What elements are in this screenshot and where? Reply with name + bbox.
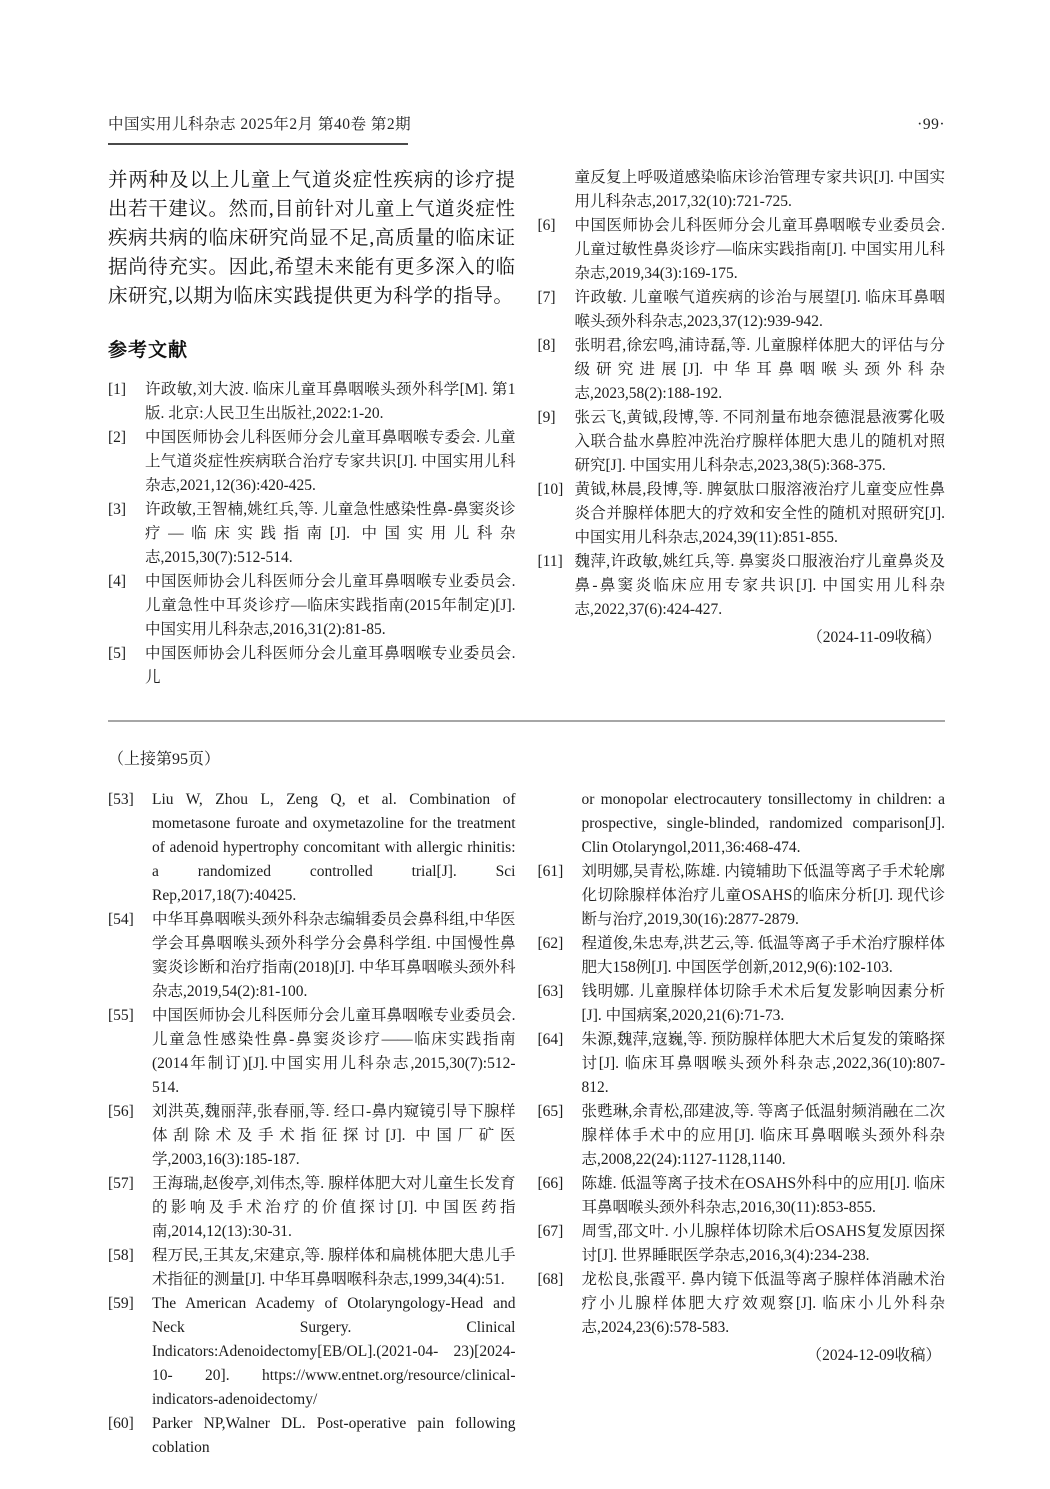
reference-text: 黄钺,林晨,段博,等. 脾氨肽口服溶液治疗儿童变应性鼻炎合并腺样体肥大的疗效和安…	[575, 478, 946, 550]
reference-item: [2]中国医师协会儿科医师分会儿童耳鼻咽喉专委会. 儿童上气道炎症性疾病联合治疗…	[108, 426, 516, 498]
reference-number: [11]	[538, 550, 575, 622]
section-continued-references: [53]Liu W, Zhou L, Zeng Q, et al. Combin…	[108, 788, 945, 1460]
reference-item: [68]龙松良,张霞平. 鼻内镜下低温等离子腺样体消融术治疗小儿腺样体肥大疗效观…	[538, 1268, 946, 1340]
reference-number: [55]	[108, 1004, 152, 1100]
reference-text: 许政敏. 儿童喉气道疾病的诊治与展望[J]. 临床耳鼻咽喉头颈外科杂志,2023…	[575, 286, 946, 334]
reference-list-right: or monopolar electrocautery tonsillectom…	[538, 788, 946, 1340]
reference-text: 中国医师协会儿科医师分会儿童耳鼻咽喉专业委员会. 儿童急性中耳炎诊疗—临床实践指…	[145, 570, 516, 642]
reference-text: 张甦琳,余青松,邵建波,等. 等离子低温射频消融在二次腺样体手术中的应用[J].…	[582, 1100, 946, 1172]
reference-number: [54]	[108, 908, 152, 1004]
reference-number: [60]	[108, 1412, 152, 1460]
reference-text: 刘明娜,吴青松,陈雄. 内镜辅助下低温等离子手术轮廓化切除腺样体治疗儿童OSAH…	[582, 860, 946, 932]
reference-number: [10]	[538, 478, 575, 550]
right-column: or monopolar electrocautery tonsillectom…	[538, 788, 946, 1368]
reference-item: or monopolar electrocautery tonsillectom…	[538, 788, 946, 860]
page-number: ·99·	[917, 116, 945, 134]
reference-text: 周雪,邵文叶. 小儿腺样体切除术后OSAHS复发原因探讨[J]. 世界睡眠医学杂…	[582, 1220, 946, 1268]
reference-item: [4]中国医师协会儿科医师分会儿童耳鼻咽喉专业委员会. 儿童急性中耳炎诊疗—临床…	[108, 570, 516, 642]
reference-item: [54]中华耳鼻咽喉头颈外科杂志编辑委员会鼻科组,中华医学会耳鼻咽喉头颈外科学分…	[108, 908, 516, 1004]
reference-item: [6]中国医师协会儿科医师分会儿童耳鼻咽喉专业委员会. 儿童过敏性鼻炎诊疗—临床…	[538, 214, 946, 286]
page-header: 中国实用儿科杂志 2025年2月 第40卷 第2期 ·99·	[108, 112, 945, 134]
left-column: [53]Liu W, Zhou L, Zeng Q, et al. Combin…	[108, 788, 516, 1460]
reference-item: [57]王海瑞,赵俊亭,刘伟杰,等. 腺样体肥大对儿童生长发育的影响及手术治疗的…	[108, 1172, 516, 1244]
reference-number: [6]	[538, 214, 575, 286]
reference-number: [65]	[538, 1100, 582, 1172]
reference-item: [10]黄钺,林晨,段博,等. 脾氨肽口服溶液治疗儿童变应性鼻炎合并腺样体肥大的…	[538, 478, 946, 550]
reference-text: 中国医师协会儿科医师分会儿童耳鼻咽喉专业委员会. 儿童过敏性鼻炎诊疗—临床实践指…	[575, 214, 946, 286]
reference-item: [62]程道俊,朱忠寿,洪艺云,等. 低温等离子手术治疗腺样体肥大158例[J]…	[538, 932, 946, 980]
left-column: 并两种及以上儿童上气道炎症性疾病的诊疗提出若干建议。然而,目前针对儿童上气道炎症…	[108, 166, 516, 690]
reference-number: [56]	[108, 1100, 152, 1172]
reference-list-left: [1]许政敏,刘大波. 临床儿童耳鼻咽喉头颈外科学[M]. 第1版. 北京:人民…	[108, 378, 516, 690]
reference-item: [53]Liu W, Zhou L, Zeng Q, et al. Combin…	[108, 788, 516, 908]
reference-text: 陈雄. 低温等离子技术在OSAHS外科中的应用[J]. 临床耳鼻咽喉头颈外科杂志…	[582, 1172, 946, 1220]
journal-page: 中国实用儿科杂志 2025年2月 第40卷 第2期 ·99· 并两种及以上儿童上…	[0, 0, 1050, 1489]
received-date: （2024-12-09收稿）	[538, 1344, 946, 1368]
reference-list-left: [53]Liu W, Zhou L, Zeng Q, et al. Combin…	[108, 788, 516, 1460]
reference-text: 魏萍,许政敏,姚红兵,等. 鼻窦炎口服液治疗儿童鼻炎及鼻-鼻窦炎临床应用专家共识…	[575, 550, 946, 622]
reference-text: Parker NP,Walner DL. Post-operative pain…	[152, 1412, 516, 1460]
reference-item: [1]许政敏,刘大波. 临床儿童耳鼻咽喉头颈外科学[M]. 第1版. 北京:人民…	[108, 378, 516, 426]
reference-number: [4]	[108, 570, 145, 642]
section-divider	[108, 720, 945, 722]
references-heading: 参考文献	[108, 335, 516, 362]
reference-number: [67]	[538, 1220, 582, 1268]
reference-text: 王海瑞,赵俊亭,刘伟杰,等. 腺样体肥大对儿童生长发育的影响及手术治疗的价值探讨…	[152, 1172, 516, 1244]
reference-text: 张云飞,黄钺,段博,等. 不同剂量布地奈德混悬液雾化吸入联合盐水鼻腔冲洗治疗腺样…	[575, 406, 946, 478]
article-closing-paragraph: 并两种及以上儿童上气道炎症性疾病的诊疗提出若干建议。然而,目前针对儿童上气道炎症…	[108, 166, 516, 311]
reference-text: 许政敏,刘大波. 临床儿童耳鼻咽喉头颈外科学[M]. 第1版. 北京:人民卫生出…	[145, 378, 516, 426]
reference-number	[538, 166, 575, 214]
reference-number: [9]	[538, 406, 575, 478]
reference-text: 张明君,徐宏鸣,浦诗磊,等. 儿童腺样体肥大的评估与分级研究进展[J]. 中华耳…	[575, 334, 946, 406]
reference-item: [3]许政敏,王智楠,姚红兵,等. 儿童急性感染性鼻-鼻窦炎诊疗—临床实践指南[…	[108, 498, 516, 570]
reference-item: [7]许政敏. 儿童喉气道疾病的诊治与展望[J]. 临床耳鼻咽喉头颈外科杂志,2…	[538, 286, 946, 334]
reference-number	[538, 788, 582, 860]
reference-text: 童反复上呼吸道感染临床诊治管理专家共识[J]. 中国实用儿科杂志,2017,32…	[575, 166, 946, 214]
reference-item: [67]周雪,邵文叶. 小儿腺样体切除术后OSAHS复发原因探讨[J]. 世界睡…	[538, 1220, 946, 1268]
reference-item: [64]朱源,魏萍,寇巍,等. 预防腺样体肥大术后复发的策略探讨[J]. 临床耳…	[538, 1028, 946, 1100]
continued-from-note: （上接第95页）	[108, 748, 945, 772]
reference-text: 钱明娜. 儿童腺样体切除手术术后复发影响因素分析[J]. 中国病案,2020,2…	[582, 980, 946, 1028]
reference-number: [66]	[538, 1172, 582, 1220]
reference-item: [65]张甦琳,余青松,邵建波,等. 等离子低温射频消融在二次腺样体手术中的应用…	[538, 1100, 946, 1172]
reference-number: [3]	[108, 498, 145, 570]
reference-number: [53]	[108, 788, 152, 908]
reference-text: or monopolar electrocautery tonsillectom…	[582, 788, 946, 860]
reference-item: [60]Parker NP,Walner DL. Post-operative …	[108, 1412, 516, 1460]
reference-list-right: 童反复上呼吸道感染临床诊治管理专家共识[J]. 中国实用儿科杂志,2017,32…	[538, 166, 946, 622]
right-column: 童反复上呼吸道感染临床诊治管理专家共识[J]. 中国实用儿科杂志,2017,32…	[538, 166, 946, 650]
reference-item: [58]程万民,王其友,宋建京,等. 腺样体和扁桃体肥大患儿手术指征的测量[J]…	[108, 1244, 516, 1292]
reference-number: [1]	[108, 378, 145, 426]
reference-text: Liu W, Zhou L, Zeng Q, et al. Combinatio…	[152, 788, 516, 908]
reference-text: 程万民,王其友,宋建京,等. 腺样体和扁桃体肥大患儿手术指征的测量[J]. 中华…	[152, 1244, 516, 1292]
reference-text: 中华耳鼻咽喉头颈外科杂志编辑委员会鼻科组,中华医学会耳鼻咽喉头颈外科学分会鼻科学…	[152, 908, 516, 1004]
reference-number: [68]	[538, 1268, 582, 1340]
reference-text: The American Academy of Otolaryngology-H…	[152, 1292, 516, 1412]
reference-number: [57]	[108, 1172, 152, 1244]
reference-number: [8]	[538, 334, 575, 406]
reference-item: [66]陈雄. 低温等离子技术在OSAHS外科中的应用[J]. 临床耳鼻咽喉头颈…	[538, 1172, 946, 1220]
reference-number: [5]	[108, 642, 145, 690]
reference-text: 刘洪英,魏丽萍,张春丽,等. 经口-鼻内窥镜引导下腺样体刮除术及手术指征探讨[J…	[152, 1100, 516, 1172]
reference-text: 程道俊,朱忠寿,洪艺云,等. 低温等离子手术治疗腺样体肥大158例[J]. 中国…	[582, 932, 946, 980]
reference-number: [58]	[108, 1244, 152, 1292]
header-rule	[108, 143, 408, 145]
reference-item: [56]刘洪英,魏丽萍,张春丽,等. 经口-鼻内窥镜引导下腺样体刮除术及手术指征…	[108, 1100, 516, 1172]
reference-number: [7]	[538, 286, 575, 334]
reference-item: [63]钱明娜. 儿童腺样体切除手术术后复发影响因素分析[J]. 中国病案,20…	[538, 980, 946, 1028]
journal-header-line: 中国实用儿科杂志 2025年2月 第40卷 第2期	[108, 112, 411, 134]
section-references: 并两种及以上儿童上气道炎症性疾病的诊疗提出若干建议。然而,目前针对儿童上气道炎症…	[108, 166, 945, 690]
reference-item: [5]中国医师协会儿科医师分会儿童耳鼻咽喉专业委员会. 儿	[108, 642, 516, 690]
reference-item: [8]张明君,徐宏鸣,浦诗磊,等. 儿童腺样体肥大的评估与分级研究进展[J]. …	[538, 334, 946, 406]
reference-item: [59]The American Academy of Otolaryngolo…	[108, 1292, 516, 1412]
reference-number: [61]	[538, 860, 582, 932]
reference-number: [63]	[538, 980, 582, 1028]
reference-number: [64]	[538, 1028, 582, 1100]
reference-text: 中国医师协会儿科医师分会儿童耳鼻咽喉专委会. 儿童上气道炎症性疾病联合治疗专家共…	[145, 426, 516, 498]
reference-item: [9]张云飞,黄钺,段博,等. 不同剂量布地奈德混悬液雾化吸入联合盐水鼻腔冲洗治…	[538, 406, 946, 478]
reference-item: [55]中国医师协会儿科医师分会儿童耳鼻咽喉专业委员会. 儿童急性感染性鼻-鼻窦…	[108, 1004, 516, 1100]
reference-number: [59]	[108, 1292, 152, 1412]
reference-text: 龙松良,张霞平. 鼻内镜下低温等离子腺样体消融术治疗小儿腺样体肥大疗效观察[J]…	[582, 1268, 946, 1340]
reference-number: [62]	[538, 932, 582, 980]
reference-text: 朱源,魏萍,寇巍,等. 预防腺样体肥大术后复发的策略探讨[J]. 临床耳鼻咽喉头…	[582, 1028, 946, 1100]
reference-text: 许政敏,王智楠,姚红兵,等. 儿童急性感染性鼻-鼻窦炎诊疗—临床实践指南[J].…	[145, 498, 516, 570]
received-date: （2024-11-09收稿）	[538, 626, 946, 650]
reference-item: [61]刘明娜,吴青松,陈雄. 内镜辅助下低温等离子手术轮廓化切除腺样体治疗儿童…	[538, 860, 946, 932]
reference-text: 中国医师协会儿科医师分会儿童耳鼻咽喉专业委员会. 儿童急性感染性鼻-鼻窦炎诊疗—…	[152, 1004, 516, 1100]
reference-text: 中国医师协会儿科医师分会儿童耳鼻咽喉专业委员会. 儿	[145, 642, 516, 690]
reference-item: [11]魏萍,许政敏,姚红兵,等. 鼻窦炎口服液治疗儿童鼻炎及鼻-鼻窦炎临床应用…	[538, 550, 946, 622]
reference-number: [2]	[108, 426, 145, 498]
reference-item: 童反复上呼吸道感染临床诊治管理专家共识[J]. 中国实用儿科杂志,2017,32…	[538, 166, 946, 214]
